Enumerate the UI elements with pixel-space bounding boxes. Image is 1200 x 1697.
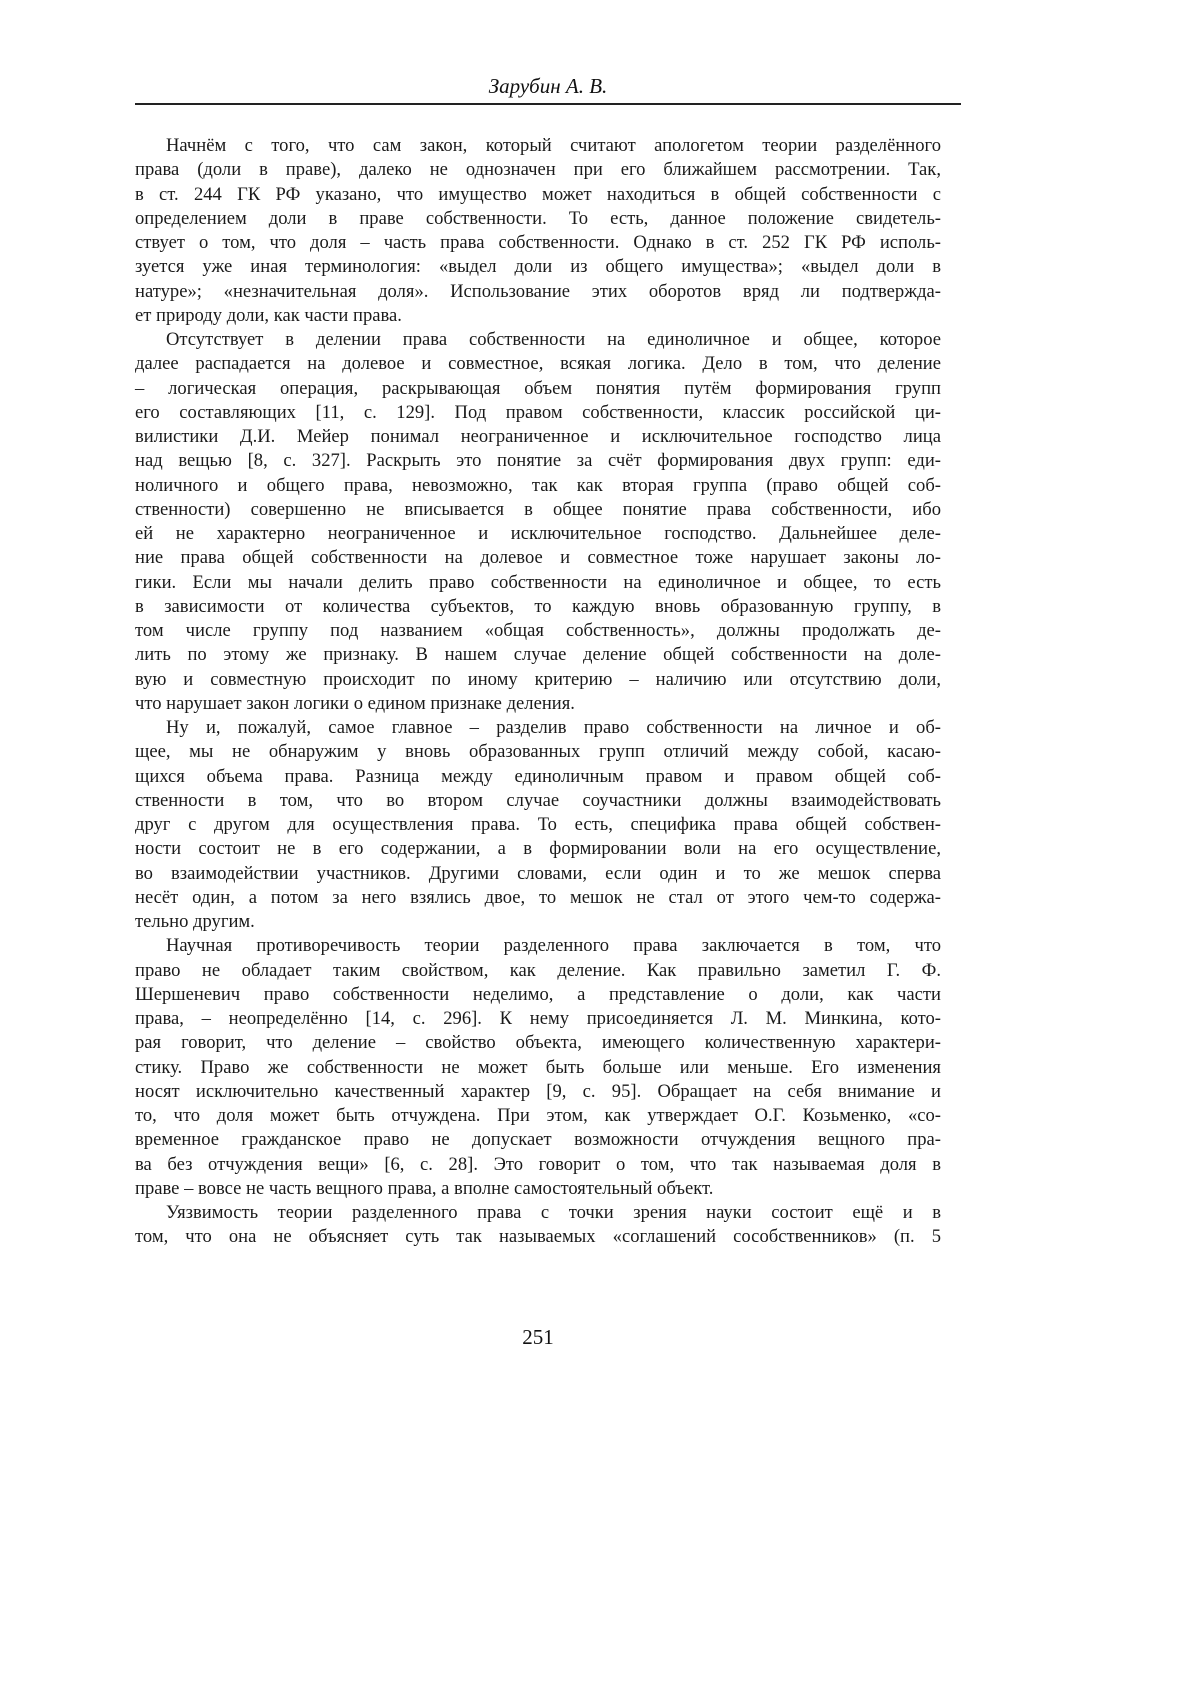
- text-line: в зависимости от количества субъектов, т…: [135, 595, 941, 619]
- text-line: друг с другом для осуществления права. Т…: [135, 813, 941, 837]
- text-line: ноличного и общего права, невозможно, та…: [135, 474, 941, 498]
- text-line: ности состоит не в его содержании, а в ф…: [135, 837, 941, 861]
- text-line: том, что она не объясняет суть так назыв…: [135, 1225, 941, 1249]
- header-rule: [135, 103, 961, 105]
- text-line: что нарушает закон логики о едином призн…: [135, 692, 941, 716]
- text-line: ствует о том, что доля – часть права соб…: [135, 231, 941, 255]
- body-text: Начнём с того, что сам закон, который сч…: [135, 134, 941, 1250]
- text-line: лить по этому же признаку. В нашем случа…: [135, 643, 941, 667]
- text-line: натуре»; «незначительная доля». Использо…: [135, 280, 941, 304]
- text-line: то, что доля может быть отчуждена. При э…: [135, 1104, 941, 1128]
- text-line: Ну и, пожалуй, самое главное – разделив …: [135, 716, 941, 740]
- text-line: Научная противоречивость теории разделен…: [135, 934, 941, 958]
- page-number: 251: [0, 1325, 1076, 1349]
- paragraph-2: Отсутствует в делении права собственност…: [135, 328, 941, 716]
- text-line: тельно другим.: [135, 910, 941, 934]
- text-line: стику. Право же собственности не может б…: [135, 1056, 941, 1080]
- text-line: в ст. 244 ГК РФ указано, что имущество м…: [135, 183, 941, 207]
- text-line: вую и совместную происходит по иному кри…: [135, 668, 941, 692]
- text-line: гики. Если мы начали делить право собств…: [135, 571, 941, 595]
- text-line: ей не характерно неограниченное и исключ…: [135, 522, 941, 546]
- text-line: во взаимодействии участников. Другими сл…: [135, 862, 941, 886]
- text-line: Уязвимость теории разделенного права с т…: [135, 1201, 941, 1225]
- paragraph-3: Ну и, пожалуй, самое главное – разделив …: [135, 716, 941, 934]
- text-line: ственности) совершенно не вписывается в …: [135, 498, 941, 522]
- paragraph-1: Начнём с того, что сам закон, который сч…: [135, 134, 941, 328]
- text-line: – логическая операция, раскрывающая объе…: [135, 377, 941, 401]
- text-line: зуется уже иная терминология: «выдел дол…: [135, 255, 941, 279]
- text-line: ва без отчуждения вещи» [6, с. 28]. Это …: [135, 1153, 941, 1177]
- text-line: праве – вовсе не часть вещного права, а …: [135, 1177, 941, 1201]
- page-header: Зарубин А. В.: [135, 70, 961, 106]
- text-line: Шершеневич право собственности неделимо,…: [135, 983, 941, 1007]
- paragraph-5: Уязвимость теории разделенного права с т…: [135, 1201, 941, 1250]
- text-line: щее, мы не обнаружим у вновь образованны…: [135, 740, 941, 764]
- text-line: ет природу доли, как части права.: [135, 304, 941, 328]
- text-line: Начнём с того, что сам закон, который сч…: [135, 134, 941, 158]
- text-line: Отсутствует в делении права собственност…: [135, 328, 941, 352]
- text-line: щихся объема права. Разница между единол…: [135, 765, 941, 789]
- text-line: ственности в том, что во втором случае с…: [135, 789, 941, 813]
- text-line: том числе группу под названием «общая со…: [135, 619, 941, 643]
- text-line: рая говорит, что деление – свойство объе…: [135, 1031, 941, 1055]
- text-line: ние права общей собственности на долевое…: [135, 546, 941, 570]
- text-line: временное гражданское право не допускает…: [135, 1128, 941, 1152]
- text-line: вилистики Д.И. Мейер понимал неограничен…: [135, 425, 941, 449]
- text-line: определением доли в праве собственности.…: [135, 207, 941, 231]
- text-line: над вещью [8, с. 327]. Раскрыть это поня…: [135, 449, 941, 473]
- text-line: далее распадается на долевое и совместно…: [135, 352, 941, 376]
- text-line: несёт один, а потом за него взялись двое…: [135, 886, 941, 910]
- paragraph-4: Научная противоречивость теории разделен…: [135, 934, 941, 1201]
- text-line: права, – неопределённо [14, с. 296]. К н…: [135, 1007, 941, 1031]
- text-line: право не обладает таким свойством, как д…: [135, 959, 941, 983]
- text-line: права (доли в праве), далеко не однознач…: [135, 158, 941, 182]
- running-head-author: Зарубин А. В.: [135, 74, 961, 98]
- text-line: его составляющих [11, с. 129]. Под право…: [135, 401, 941, 425]
- text-line: носят исключительно качественный характе…: [135, 1080, 941, 1104]
